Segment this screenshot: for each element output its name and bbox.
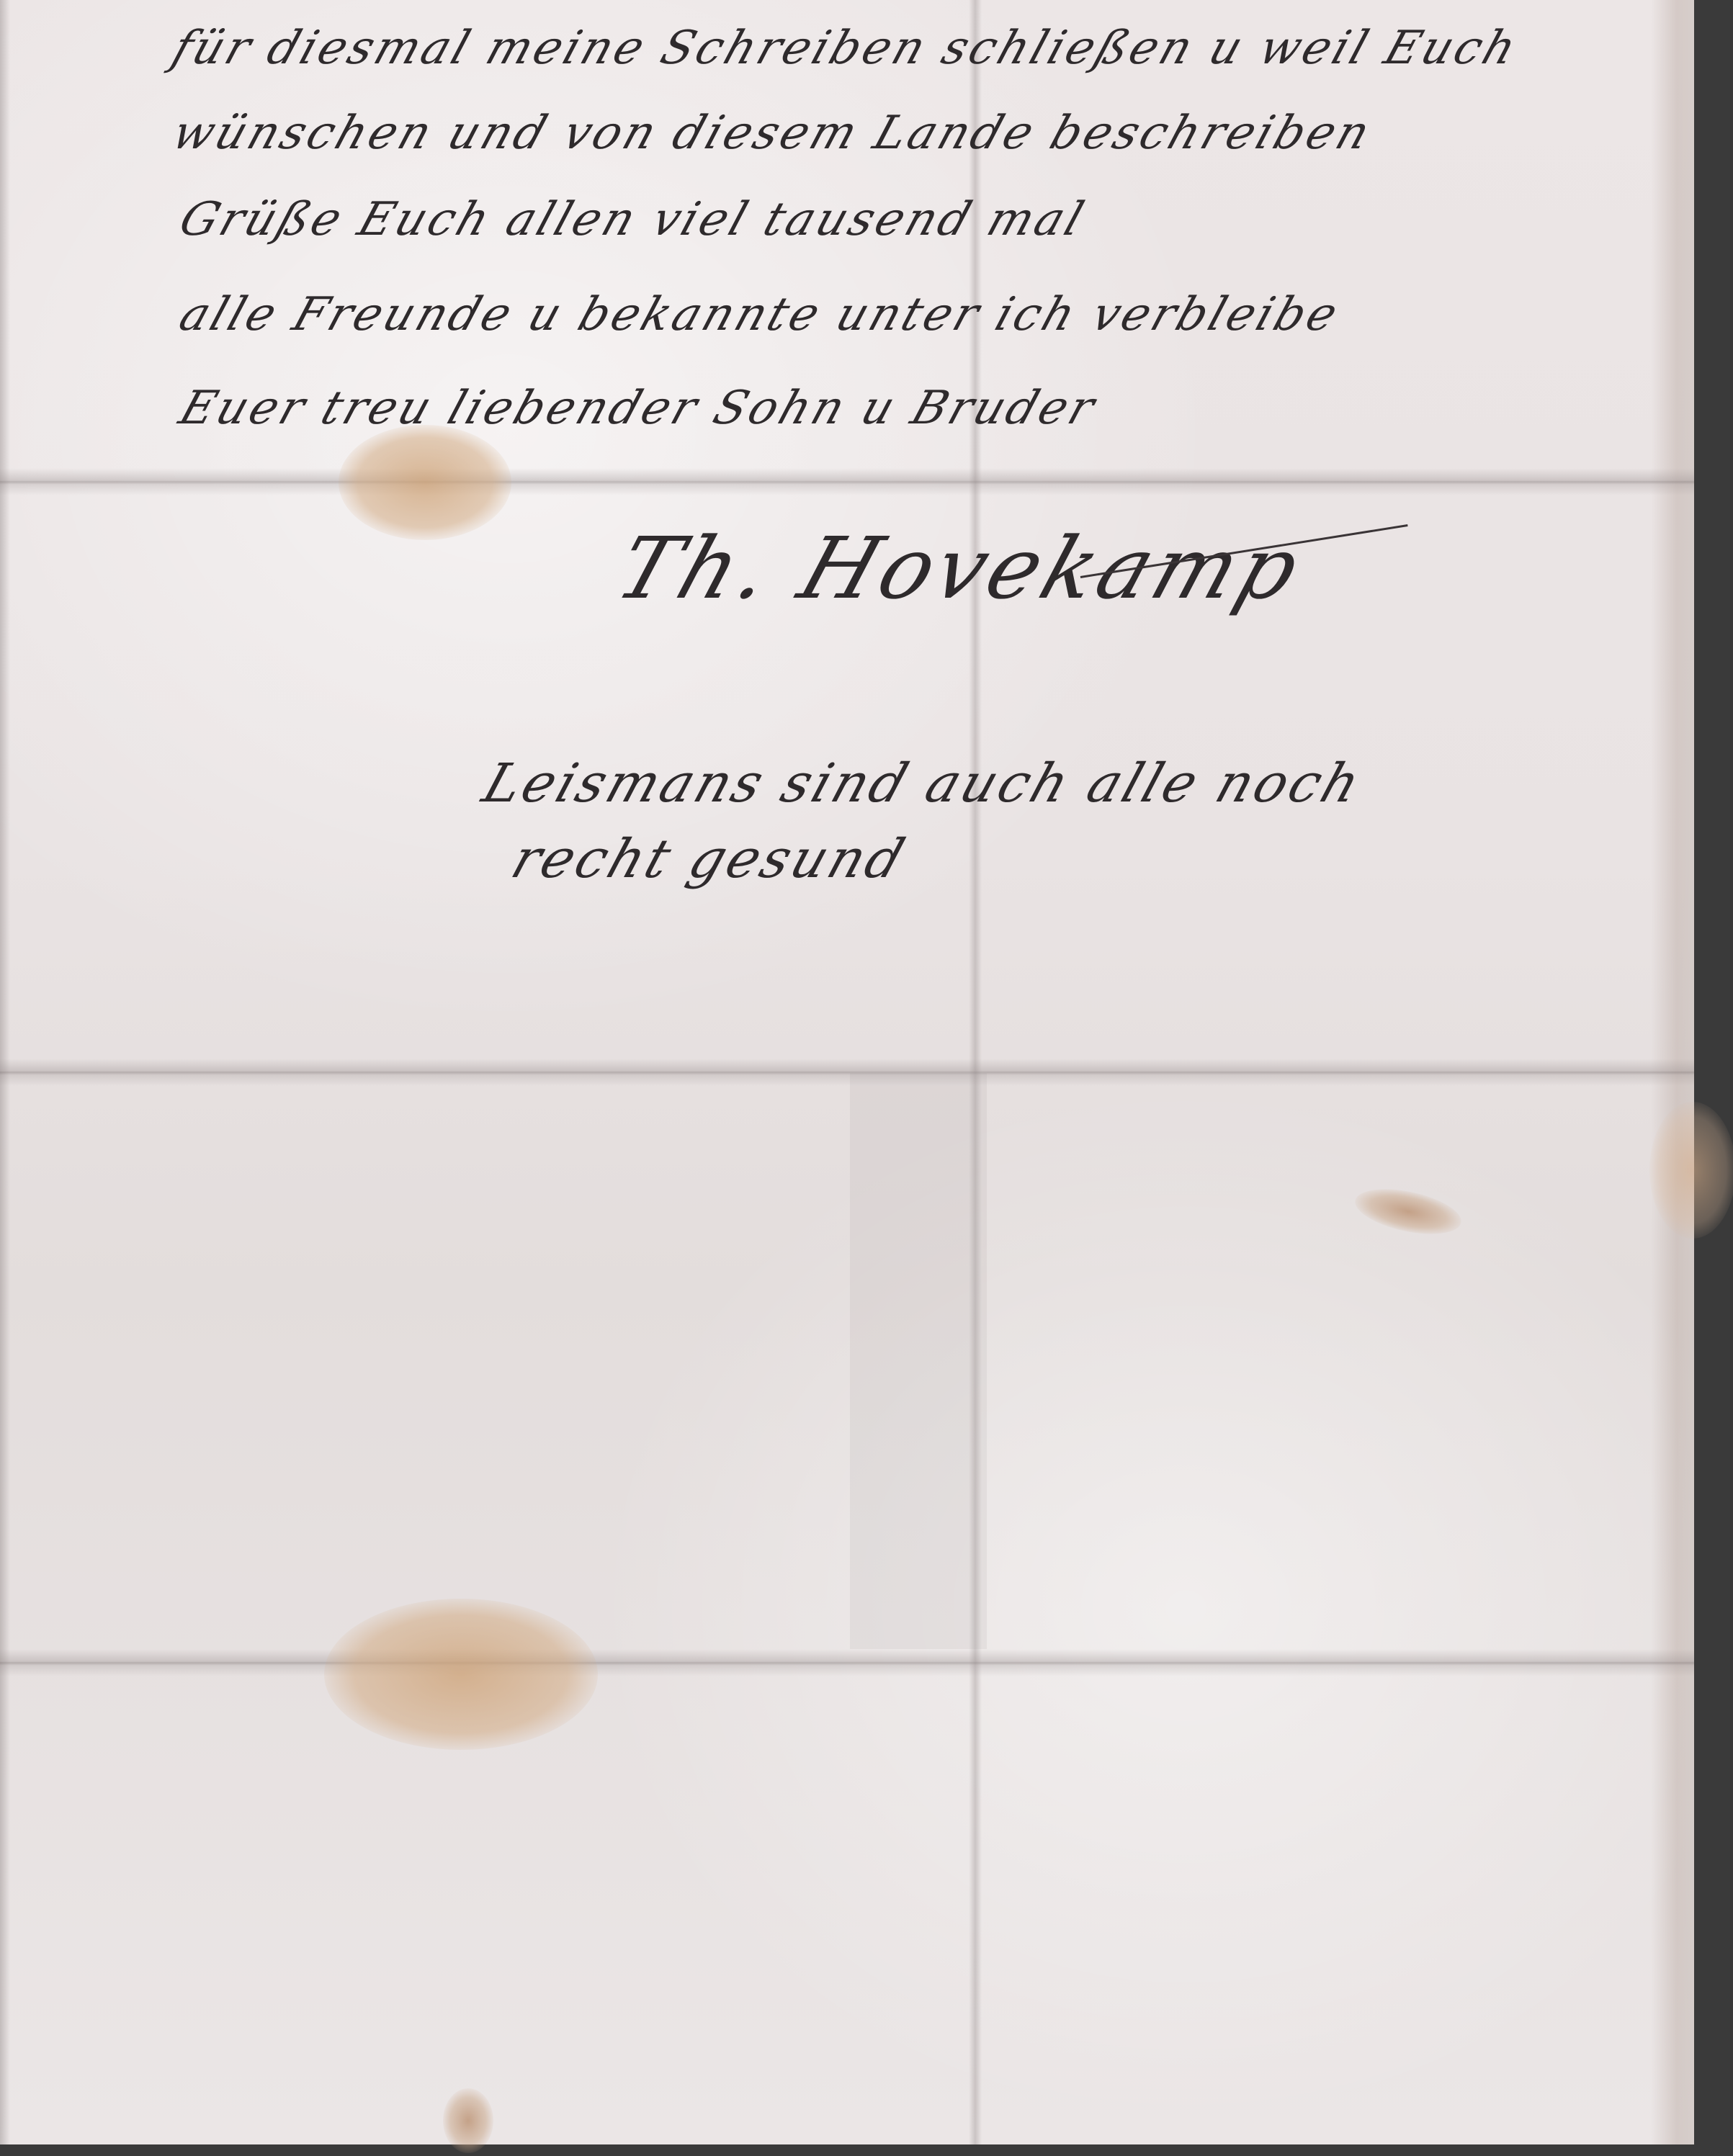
horizontal-fold-lower: [0, 1649, 1694, 1676]
horizontal-fold-middle: [0, 1059, 1694, 1086]
signature: Th. Hovekamp: [605, 518, 1315, 618]
letter-line-4: alle Freunde u bekannte unter ich verble…: [173, 288, 1347, 341]
stain-right-edge: [1649, 1102, 1733, 1239]
horizontal-fold-upper: [0, 468, 1694, 495]
stain-bottom: [443, 2088, 493, 2153]
fold-panel-shade: [850, 1073, 987, 1649]
postscript-line-2: recht gesund: [504, 828, 914, 890]
letter-page: für diesmal meine Schreiben schließen u …: [0, 0, 1694, 2144]
stain-right-fleck: [1351, 1181, 1465, 1242]
postscript-line-1: Leismans sind auch alle noch: [475, 753, 1371, 814]
stain-lower-left: [324, 1599, 598, 1750]
letter-line-5: Euer treu liebender Sohn u Bruder: [173, 382, 1103, 435]
letter-line-1: für diesmal meine Schreiben schließen u …: [166, 22, 1526, 75]
stain-upper-left: [339, 425, 511, 540]
letter-line-3: Grüße Euch allen viel tausend mal: [173, 193, 1093, 246]
letter-line-2: wünschen und von diesem Lande beschreibe…: [166, 107, 1379, 160]
